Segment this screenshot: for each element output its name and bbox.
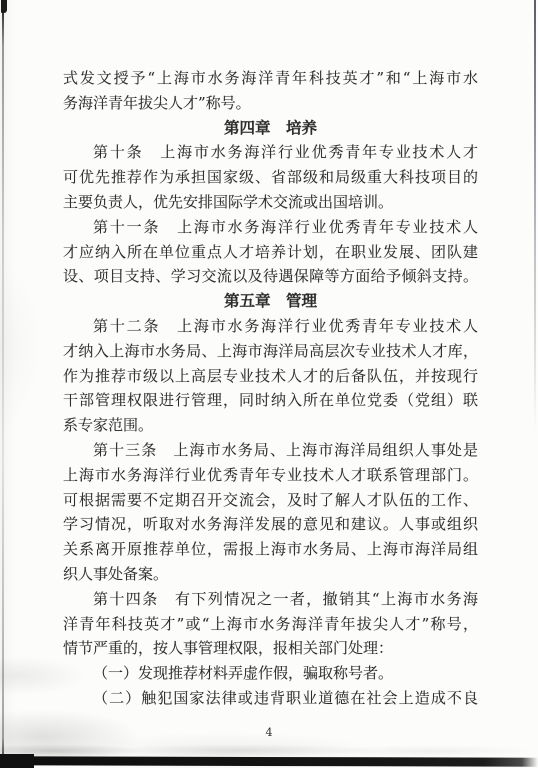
article-11-line: 第十一条 上海市水务海洋行业优秀青年专业技术人: [63, 215, 478, 240]
text-line: 学习情况，听取对水务海洋发展的意见和建议。人事或组织: [63, 512, 478, 537]
text-line: 系专家范围。: [63, 413, 478, 438]
text-line: 主要负责人，优先安排国际学术交流或出国培训。: [63, 190, 478, 215]
page-number: 4: [0, 726, 538, 739]
text-line: 设、项目支持、学习交流以及待遇保障等方面给予倾斜支持。: [63, 264, 478, 289]
article-10-line: 第十条 上海市水务海洋行业优秀青年专业技术人才: [63, 140, 478, 165]
article-13-line: 第十三条 上海市水务局、上海市海洋局组织人事处是: [63, 438, 478, 463]
scan-smudge-bottom: [0, 742, 538, 757]
text-line: 可优先推荐作为承担国家级、省部级和局级重大科技项目的: [63, 165, 478, 190]
text-line: 式发文授予“上海市水务海洋青年科技英才”和“上海市水: [63, 66, 478, 91]
text-line: 可根据需要不定期召开交流会，及时了解人才队伍的工作、: [63, 488, 478, 513]
scan-edge-right: [534, 0, 536, 430]
document-text-block: 式发文授予“上海市水务海洋青年科技英才”和“上海市水 务海洋青年拔尖人才”称号。…: [63, 66, 478, 711]
article-12-line: 第十二条 上海市水务海洋行业优秀青年专业技术人: [63, 314, 478, 339]
chapter-heading-4: 第四章 培养: [63, 116, 478, 141]
scan-mark-top-left: [1, 0, 7, 13]
text-line: 洋青年科技英才”或“上海市水务海洋青年拔尖人才”称号，: [63, 612, 478, 637]
text-line: 上海市水务海洋行业优秀青年专业技术人才联系管理部门。: [63, 463, 478, 488]
text-line: 作为推荐市级以上高层专业技术人才的后备队伍，并按现行: [63, 364, 478, 389]
scan-band-bottom: [0, 756, 538, 766]
text-line: 务海洋青年拔尖人才”称号。: [63, 91, 478, 116]
text-line: 干部管理权限进行管理，同时纳入所在单位党委（党组）联: [63, 388, 478, 413]
article-14-line: 第十四条 有下列情况之一者，撤销其“上海市水务海: [63, 587, 478, 612]
text-line: 情节严重的，按人事管理权限，报相关部门处理：: [63, 636, 478, 661]
text-line: 织人事处备案。: [63, 562, 478, 587]
list-item-1: （一）发现推荐材料弄虚作假，骗取称号者。: [63, 661, 478, 686]
list-item-2: （二）触犯国家法律或违背职业道德在社会上造成不良: [63, 686, 478, 711]
text-line: 才纳入上海市水务局、上海市海洋局高层次专业技术人才库，: [63, 339, 478, 364]
scan-corner-bottom-left: [0, 754, 34, 768]
scanned-document-page: { "colors": { "paper": "#fcfcfa", "text"…: [0, 0, 538, 768]
chapter-heading-5: 第五章 管理: [63, 289, 478, 314]
text-line: 才应纳入所在单位重点人才培养计划，在职业发展、团队建: [63, 240, 478, 265]
scan-edge-left: [2, 0, 4, 768]
text-line: 关系离开原推荐单位，需报上海市水务局、上海市海洋局组: [63, 537, 478, 562]
